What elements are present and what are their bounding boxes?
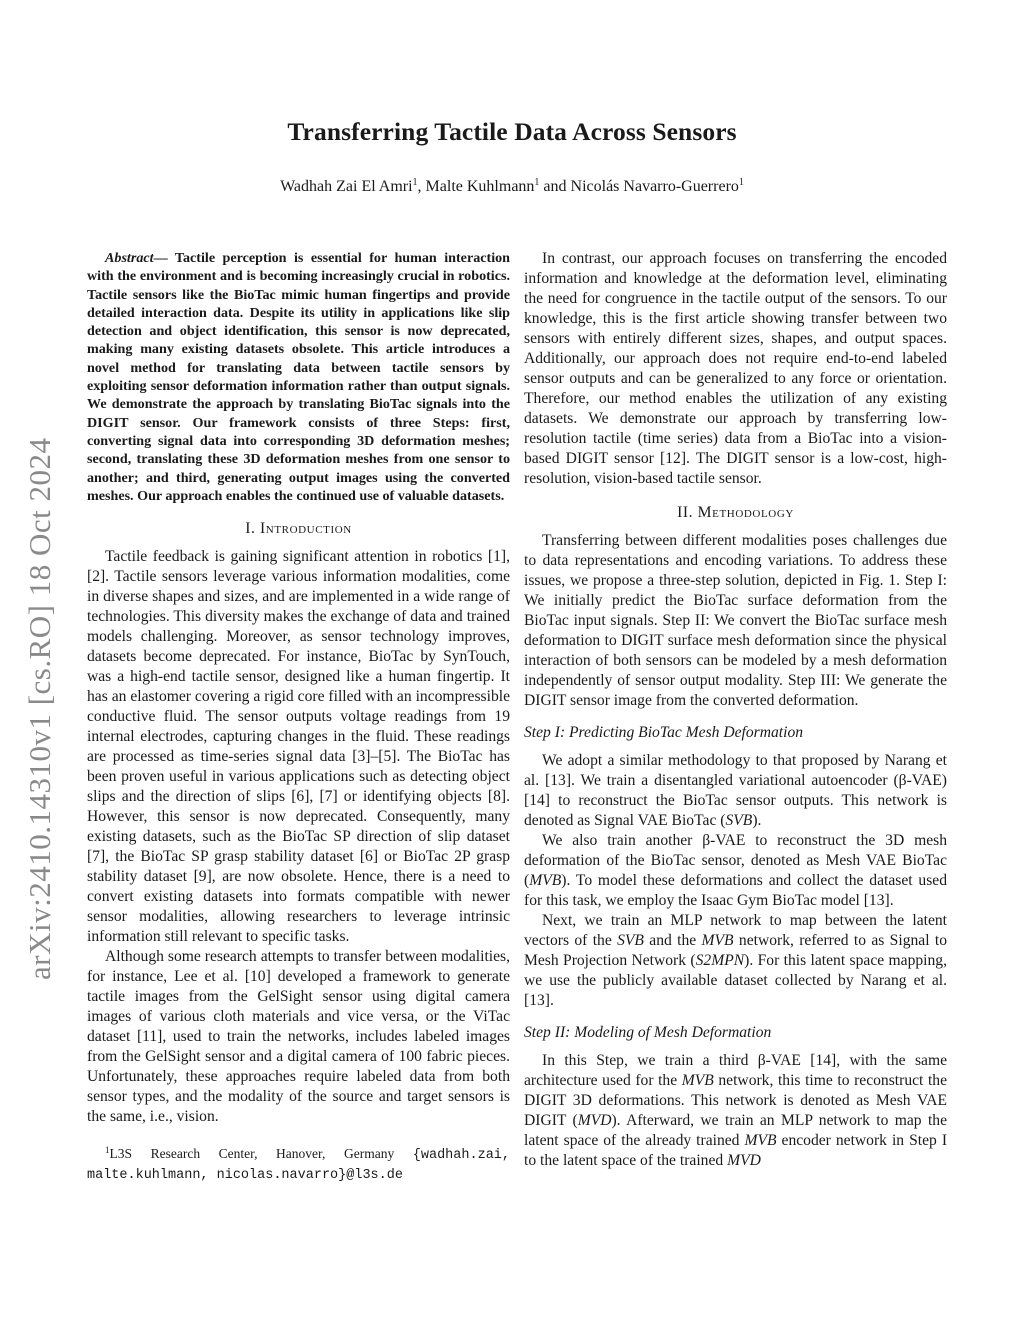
left-column: Abstract— Tactile perception is essentia…	[87, 249, 510, 1185]
step2-paragraph: In this Step, we train a third β-VAE [14…	[524, 1051, 947, 1171]
paper-title: Transferring Tactile Data Across Sensors	[0, 117, 1024, 147]
acronym: MVD	[727, 1152, 761, 1169]
methodology-paragraph: Transferring between different modalitie…	[524, 531, 947, 711]
acronym: MVD	[578, 1112, 612, 1129]
text-run: ).	[752, 812, 761, 829]
acronym: S2MPN	[696, 952, 745, 969]
acronym: MVB	[682, 1072, 714, 1089]
abstract-dash: —	[154, 250, 175, 266]
author-name: Wadhah Zai El Amri	[280, 178, 412, 195]
affiliation-mark: 1	[739, 177, 744, 188]
acronym: MVB	[529, 872, 561, 889]
subsection-heading-step2: Step II: Modeling of Mesh Deformation	[524, 1023, 947, 1043]
abstract-text: Tactile perception is essential for huma…	[87, 250, 510, 504]
abstract-label: Abstract	[105, 250, 154, 266]
abstract: Abstract— Tactile perception is essentia…	[87, 249, 510, 505]
subsection-heading-step1: Step I: Predicting BioTac Mesh Deformati…	[524, 723, 947, 743]
intro-paragraph-continued: In contrast, our approach focuses on tra…	[524, 249, 947, 489]
acronym: MVB	[702, 932, 734, 949]
author-separator: and	[539, 178, 570, 195]
step1-paragraph: We also train another β-VAE to reconstru…	[524, 831, 947, 911]
author-name: Nicolás Navarro-Guerrero	[571, 178, 739, 195]
arxiv-identifier-stamp: arXiv:2410.14310v1 [cs.RO] 18 Oct 2024	[22, 360, 58, 980]
right-column: In contrast, our approach focuses on tra…	[524, 249, 947, 1171]
section-heading-methodology: II. Methodology	[524, 503, 947, 523]
author-name: Malte Kuhlmann	[426, 178, 535, 195]
author-separator: ,	[418, 178, 426, 195]
acronym: SVB	[617, 932, 644, 949]
affiliation-footnote: 1L3S Research Center, Hanover, Germany {…	[87, 1141, 510, 1185]
section-heading-introduction: I. Introduction	[87, 519, 510, 539]
text-run: and the	[644, 932, 702, 949]
footnote-affiliation: L3S Research Center, Hanover, Germany	[110, 1146, 413, 1161]
intro-paragraph: Although some research attempts to trans…	[87, 947, 510, 1127]
author-list: Wadhah Zai El Amri1, Malte Kuhlmann1 and…	[0, 177, 1024, 196]
text-run: ). To model these deformations and colle…	[524, 872, 947, 909]
intro-paragraph: Tactile feedback is gaining significant …	[87, 547, 510, 947]
acronym: MVB	[744, 1132, 776, 1149]
acronym: SVB	[725, 812, 752, 829]
step1-paragraph: We adopt a similar methodology to that p…	[524, 751, 947, 831]
step1-paragraph: Next, we train an MLP network to map bet…	[524, 911, 947, 1011]
